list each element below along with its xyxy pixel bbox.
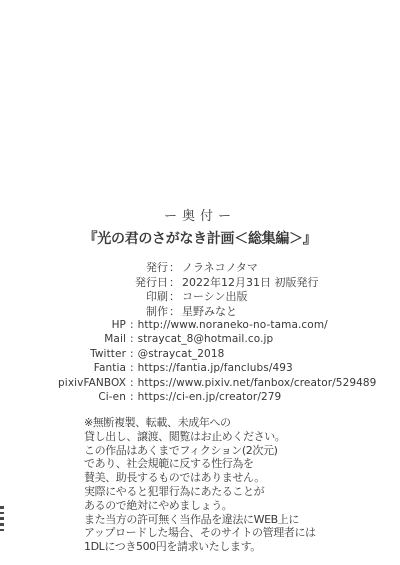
link-label: Mail [0,332,126,346]
publication-label: 印刷 [0,290,168,305]
label-separator: : [130,376,134,390]
label-separator: ： [169,261,180,276]
link-row-fantia: Fantia:https://fantia.jp/fanclubs/493 [0,361,400,375]
link-label: Fantia [0,361,126,375]
edge-mark [0,523,4,526]
link-row-fanbox: pixivFANBOX:https://www.pixiv.net/fanbox… [0,376,400,390]
colophon-heading: ー奥付ー [0,205,400,224]
edge-print-fragment [0,506,4,534]
link-label: HP [0,318,126,332]
publication-row-publisher: 発行：ノラネコノタマ [0,261,400,276]
notice-line: この作品はあくまでフィクション(2次元) [84,444,316,458]
label-separator: ： [169,290,180,305]
notice-line: ※無断複製、転載、未成年への [84,416,316,430]
edge-mark [0,529,4,532]
publication-row-date: 発行日：2022年12月31日 初版発行 [0,276,400,291]
edge-mark [0,506,4,509]
publication-info: 発行：ノラネコノタマ 発行日：2022年12月31日 初版発行 印刷：コーシン出… [0,261,400,319]
publication-value: コーシン出版 [182,290,248,305]
link-url: http://www.noraneko-no-tama.com/ [138,318,328,332]
link-label: pixivFANBOX [0,376,126,390]
link-label: Ci-en [0,390,126,404]
link-url: https://fantia.jp/fanclubs/493 [138,361,293,375]
label-separator: : [130,332,134,346]
publication-value: 2022年12月31日 初版発行 [182,276,318,291]
notice-line: あるので絶対にやめましょう。 [84,499,316,513]
publication-label: 発行日 [0,276,168,291]
link-row-twitter: Twitter:@straycat_2018 [0,347,400,361]
notice-line: 実際にやると犯罪行為にあたることが [84,485,316,499]
notice-line: 貸し出し、譲渡、閲覧はお止めください。 [84,430,316,444]
link-label: Twitter [0,347,126,361]
notice-line: アップロードした場合、そのサイトの管理者には [84,526,316,540]
notice-line: であり、社会規範に反する性行為を [84,457,316,471]
label-separator: : [130,347,134,361]
label-separator: : [130,390,134,404]
contact-links: HP:http://www.noraneko-no-tama.com/ Mail… [0,318,400,404]
colophon-page: ー奥付ー 『光の君のさがなき計画＜総集編＞』 発行：ノラネコノタマ 発行日：20… [0,0,400,565]
link-url: @straycat_2018 [138,347,225,361]
link-url: https://www.pixiv.net/fanbox/creator/529… [138,376,377,390]
label-separator: ： [169,276,180,291]
link-row-cien: Ci-en:https://ci-en.jp/creator/279 [0,390,400,404]
link-row-hp: HP:http://www.noraneko-no-tama.com/ [0,318,400,332]
link-url: https://ci-en.jp/creator/279 [138,390,282,404]
publication-value: ノラネコノタマ [182,261,258,276]
edge-mark [0,517,4,520]
notice-line: 賛美、助長するものではありません。 [84,471,316,485]
legal-notice: ※無断複製、転載、未成年への 貸し出し、譲渡、閲覧はお止めください。 この作品は… [84,416,316,554]
notice-line: 1DLにつき500円を請求いたします。 [84,540,316,554]
link-url: straycat_8@hotmail.co.jp [138,332,274,346]
label-separator: : [130,361,134,375]
link-row-mail: Mail:straycat_8@hotmail.co.jp [0,332,400,346]
book-title: 『光の君のさがなき計画＜総集編＞』 [0,228,400,248]
notice-line: また当方の許可無く当作品を違法にWEB上に [84,513,316,527]
label-separator: : [130,318,134,332]
publication-row-printer: 印刷：コーシン出版 [0,290,400,305]
publication-label: 発行 [0,261,168,276]
edge-mark [0,512,4,515]
